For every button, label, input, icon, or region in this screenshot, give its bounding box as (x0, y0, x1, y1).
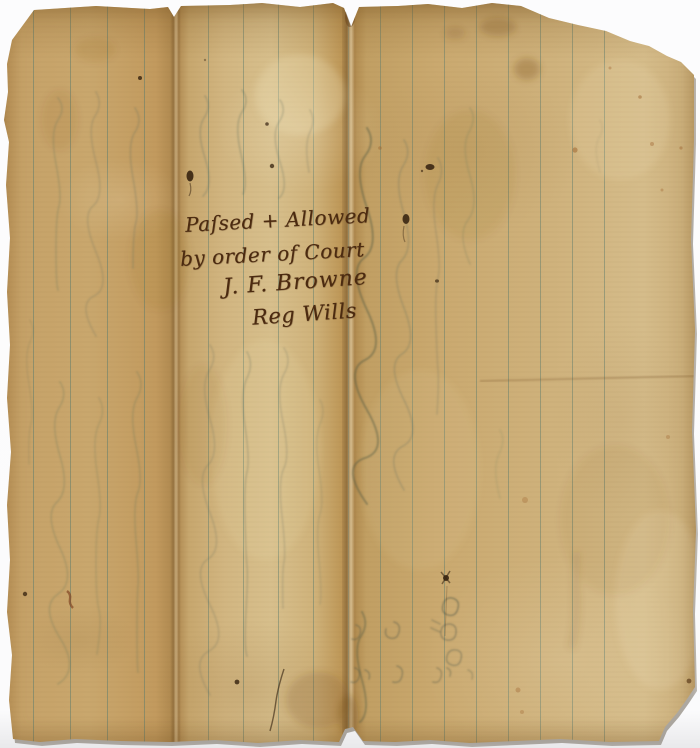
annotation-line-by-order-of-court: by order of Court (179, 237, 365, 271)
paper-panel-left (0, 0, 177, 748)
ruled-lines-middle (208, 0, 349, 748)
ruled-lines-left (33, 0, 177, 748)
paper-panel-middle (177, 0, 349, 748)
annotation-line-signature: J. F. Browne (222, 265, 368, 300)
fold-crease-left (170, 0, 181, 748)
annotation-line-register-of-wills: Reg Wills (251, 298, 357, 329)
ruled-lines-right (380, 0, 608, 748)
scan-backdrop: { "document": { "kind": "aged-handwritte… (0, 0, 700, 748)
annotation-line-passed-allowed: Paſsed + Allowed (184, 203, 370, 237)
fold-crease-right (342, 0, 357, 748)
paper-panel-right (349, 0, 700, 748)
handwritten-note: Paſsed + Allowed by order of Court J. F.… (176, 206, 361, 346)
paper-sheet: Paſsed + Allowed by order of Court J. F.… (0, 0, 700, 748)
document-scan: Paſsed + Allowed by order of Court J. F.… (0, 0, 700, 748)
